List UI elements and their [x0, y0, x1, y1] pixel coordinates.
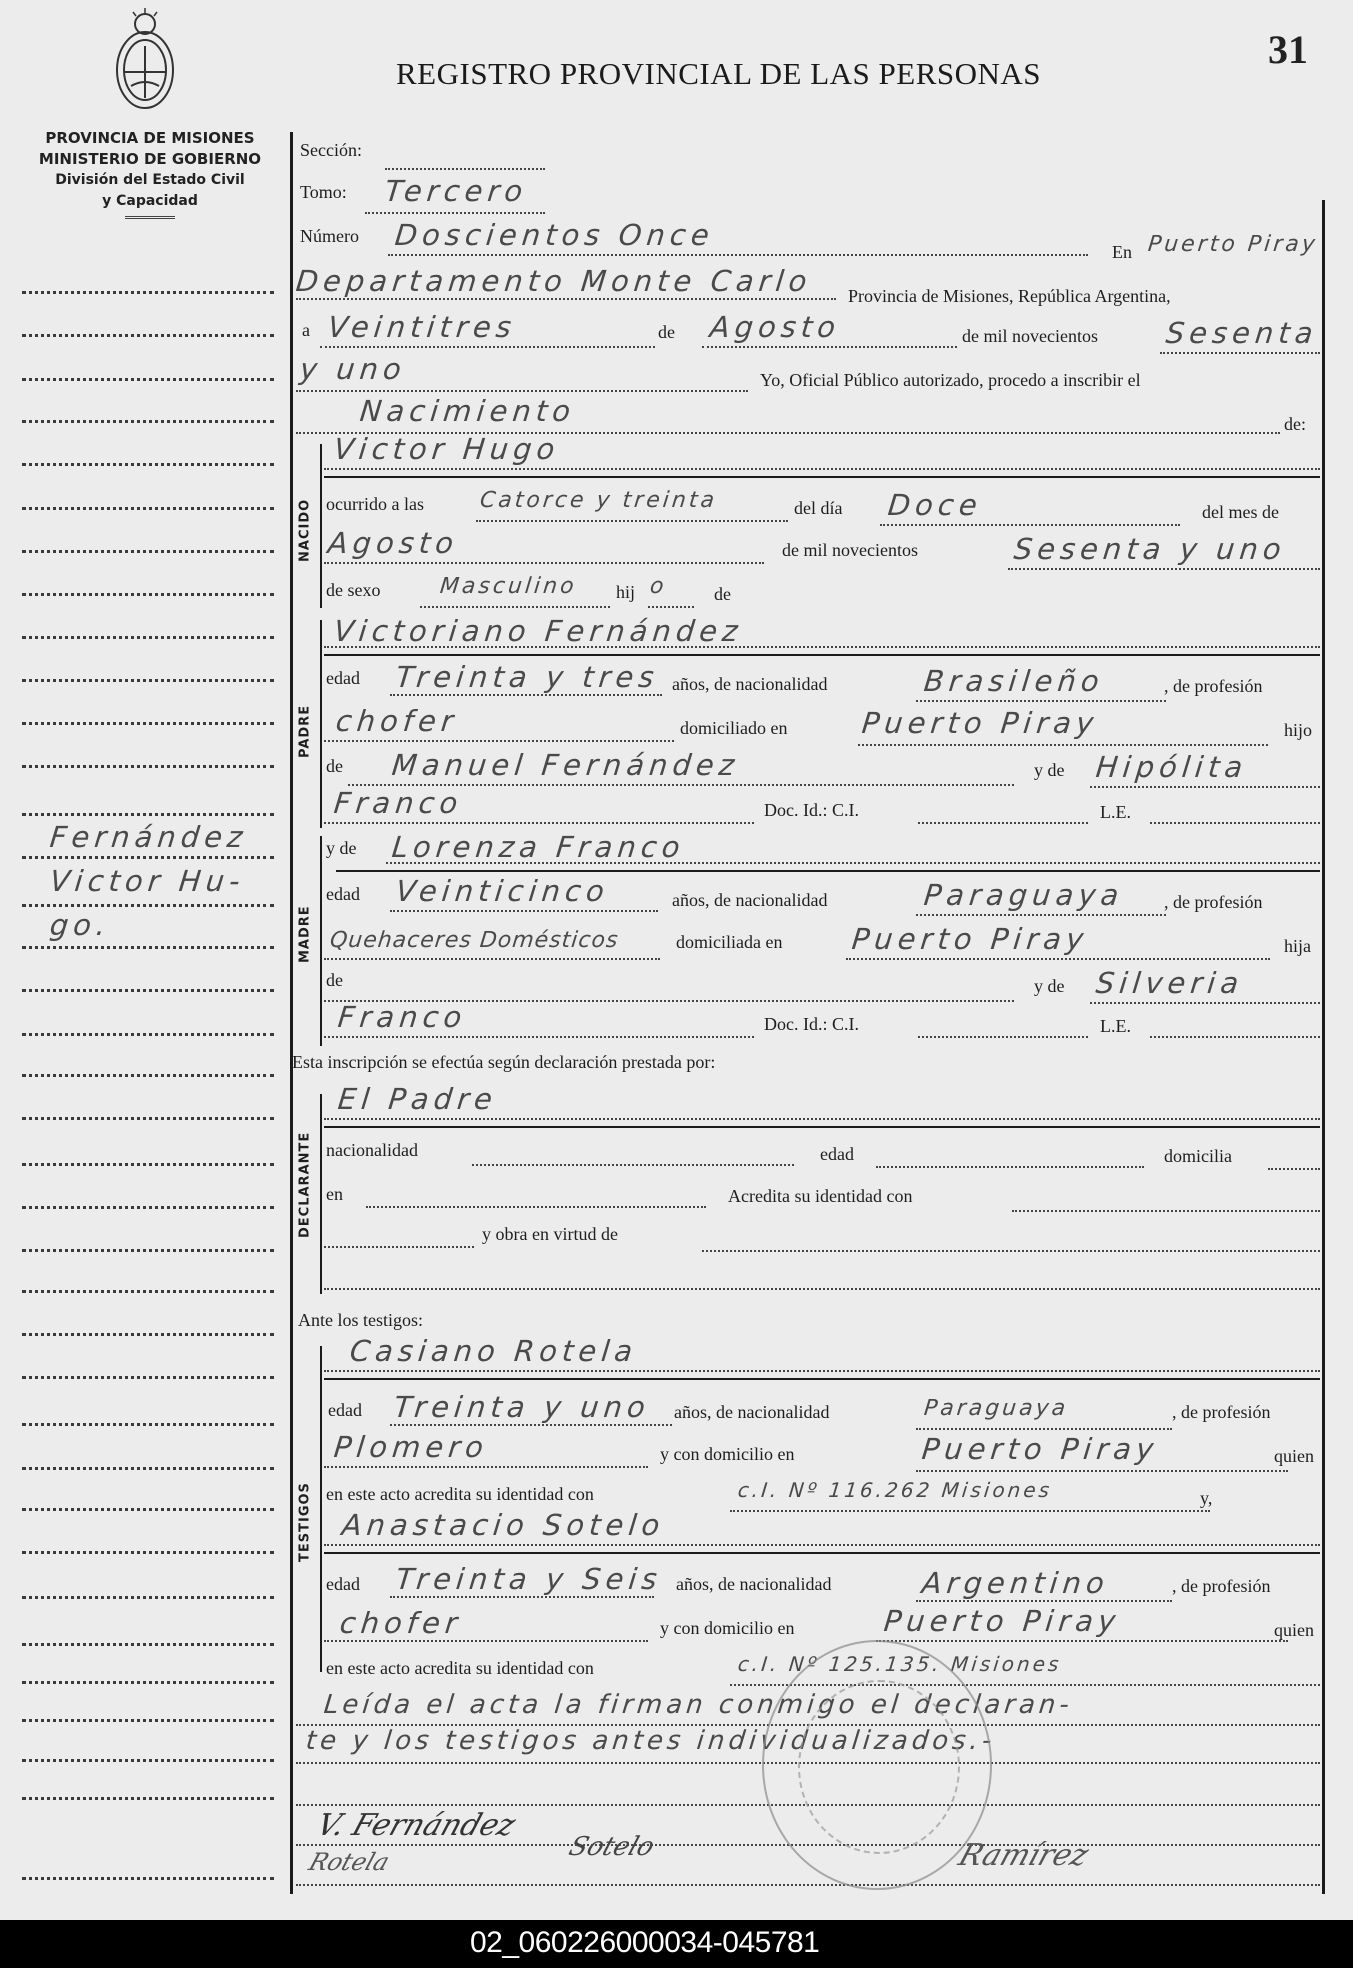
padre-edad-field[interactable]: [390, 694, 662, 696]
folio-number: 31: [1268, 26, 1308, 73]
abuela-paterna-value-2[interactable]: Franco: [332, 786, 464, 820]
testigo-1-domicilio-value[interactable]: Puerto Piray: [920, 1432, 1160, 1466]
padre-profesion-label: , de profesión: [1164, 676, 1262, 697]
numero-value[interactable]: Doscientos Once: [393, 218, 715, 252]
padre-hijo-label: hijo: [1284, 720, 1312, 741]
mes-nacimiento-field[interactable]: [324, 562, 764, 564]
madre-profesion-label: , de profesión: [1164, 892, 1262, 913]
nacido-mil-novecientos-label: de mil novecientos: [782, 540, 918, 561]
numero-field[interactable]: [388, 254, 1088, 256]
departamento-field[interactable]: [296, 298, 836, 300]
testigo-1-nacionalidad-label: años, de nacionalidad: [674, 1402, 829, 1423]
madre-nombre-value[interactable]: Lorenza Franco: [390, 830, 686, 864]
padre-nombre-field[interactable]: [324, 646, 1320, 648]
fecha-a-label: a: [302, 320, 310, 341]
hij-field[interactable]: [648, 606, 694, 608]
madre-y-de-label: y de: [326, 838, 357, 859]
padre-nombre-value[interactable]: Victoriano Fernández: [332, 614, 744, 648]
sexo-value[interactable]: Masculino: [439, 574, 578, 599]
inscripcion-dia-field[interactable]: [320, 346, 655, 348]
madre-nacionalidad-value[interactable]: Paraguaya: [922, 878, 1125, 912]
padre-doc-label: Doc. Id.: C.I.: [764, 800, 859, 821]
padre-bracket: [320, 620, 322, 828]
abuela-materna-field-1[interactable]: [1090, 1002, 1320, 1004]
page-title: REGISTRO PROVINCIAL DE LAS PERSONAS: [396, 56, 1041, 92]
abuela-materna-value-1[interactable]: Silveria: [1094, 966, 1245, 1000]
madre-edad-label: edad: [326, 884, 360, 905]
testigo-2-nombre-field[interactable]: [324, 1544, 1320, 1546]
dia-nacimiento-value[interactable]: Doce: [886, 488, 983, 522]
provincia-text: Provincia de Misiones, República Argenti…: [848, 286, 1171, 307]
madre-profesion-field[interactable]: [324, 958, 660, 960]
nacido-bracket: [320, 444, 322, 608]
padre-edad-value[interactable]: Treinta y tres: [394, 660, 660, 694]
madre-hija-label: hija: [1284, 936, 1311, 957]
localidad-value[interactable]: Puerto Piray: [1147, 232, 1319, 257]
hij-suffix-value[interactable]: o: [649, 574, 668, 599]
madre-profesion-value[interactable]: Quehaceres Domésticos: [329, 928, 620, 953]
margin-note-continuation: go.: [48, 908, 112, 942]
testigo-2-edad-label: edad: [326, 1574, 360, 1595]
dia-nacimiento-field[interactable]: [880, 524, 1180, 526]
declarante-domicilia-field[interactable]: [1268, 1168, 1320, 1170]
declarante-top-rule: [324, 1126, 1320, 1128]
declarante-en-label: en: [326, 1184, 343, 1205]
padre-nacionalidad-value[interactable]: Brasileño: [922, 664, 1105, 698]
declarante-extra-field[interactable]: [324, 1288, 1320, 1290]
testigo-2-profesion-field[interactable]: [324, 1640, 648, 1642]
madre-de-label: de: [326, 970, 343, 991]
declarante-nacionalidad-field[interactable]: [472, 1164, 794, 1166]
anio-nacimiento-field[interactable]: [1008, 568, 1320, 570]
inscripcion-anio-field-2[interactable]: [296, 390, 748, 392]
org-line-ministry: MINISTERIO DE GOBIERNO: [20, 149, 280, 170]
testigo-2-edad-value[interactable]: Treinta y Seis: [394, 1562, 663, 1596]
signature-oficial: Ramírez: [954, 1838, 1092, 1873]
testigo-2-nacionalidad-value[interactable]: Argentino: [920, 1566, 1111, 1600]
madre-domicilio-value[interactable]: Puerto Piray: [850, 922, 1090, 956]
testigos-bracket: [320, 1346, 322, 1672]
del-mes-label: del mes de: [1202, 502, 1279, 523]
testigo-2-nombre-value[interactable]: Anastacio Sotelo: [340, 1508, 666, 1542]
madre-doc-label: Doc. Id.: C.I.: [764, 1014, 859, 1035]
inscripcion-dia-value[interactable]: Veintitres: [326, 310, 518, 344]
testigo-2-domicilio-field[interactable]: [876, 1640, 1288, 1642]
declarante-edad-label: edad: [820, 1144, 854, 1165]
testigo-2-nacionalidad-field[interactable]: [916, 1600, 1172, 1602]
testigo-1-acredita-label: en este acto acredita su identidad con: [326, 1484, 594, 1505]
tomo-label: Tomo:: [300, 182, 347, 203]
testigo-1-nacionalidad-field[interactable]: [916, 1428, 1172, 1430]
madre-ci-field[interactable]: [918, 1036, 1088, 1038]
tomo-field[interactable]: [365, 212, 545, 214]
testigo-1-profesion-label: , de profesión: [1172, 1402, 1270, 1423]
declaracion-intro-text: Esta inscripción se efectúa según declar…: [292, 1052, 715, 1073]
abuela-paterna-field-2[interactable]: [324, 822, 754, 824]
padre-top-rule: [324, 654, 1320, 656]
testigo-2-profesion-label: , de profesión: [1172, 1576, 1270, 1597]
section-label-nacido: NACIDO: [290, 478, 320, 582]
coat-of-arms-icon: [105, 8, 185, 118]
declarante-nacionalidad-label: nacionalidad: [326, 1140, 418, 1161]
oficial-publico-text: Yo, Oficial Público autorizado, procedo …: [760, 370, 1141, 391]
main-frame-left-border: [290, 132, 293, 1894]
departamento-value[interactable]: Departamento Monte Carlo: [294, 264, 813, 298]
mes-nacimiento-value[interactable]: Agosto: [326, 526, 460, 560]
section-label-testigos: TESTIGOS: [290, 1476, 320, 1568]
testigo-1-nombre-value[interactable]: Casiano Rotela: [348, 1334, 639, 1368]
padre-nacionalidad-field[interactable]: [916, 700, 1166, 702]
declarante-acredita-label: Acredita su identidad con: [728, 1186, 912, 1207]
org-line-capacity: y Capacidad: [20, 191, 280, 212]
padre-domicilio-value[interactable]: Puerto Piray: [860, 706, 1100, 740]
testigo-1-profesion-field[interactable]: [324, 1466, 648, 1468]
padre-le-label: L.E.: [1100, 802, 1131, 823]
section-label-padre: PADRE: [290, 696, 320, 766]
madre-nacionalidad-label: años, de nacionalidad: [672, 890, 827, 911]
testigo-1-rule: [324, 1378, 1320, 1380]
declarante-edad-field[interactable]: [876, 1166, 1144, 1168]
testigo-1-profesion-value[interactable]: Plomero: [332, 1430, 490, 1464]
madre-edad-field[interactable]: [390, 910, 658, 912]
numero-label: Número: [300, 226, 359, 247]
padre-profesion-value[interactable]: chofer: [334, 704, 460, 738]
testigo-1-nombre-field[interactable]: [324, 1370, 1320, 1372]
inscripcion-anio-field-1[interactable]: [1160, 352, 1320, 354]
testigo-1-trailing: y,: [1200, 1488, 1212, 1509]
inscripcion-anio-value-1[interactable]: Sesenta: [1164, 316, 1319, 350]
madre-bracket: [320, 836, 322, 1046]
testigos-intro-text: Ante los testigos:: [298, 1310, 423, 1331]
testigo-1-identidad-field[interactable]: [730, 1510, 1210, 1512]
nacido-nombre-value[interactable]: Victor Hugo: [332, 432, 561, 466]
testigo-1-edad-value[interactable]: Treinta y uno: [392, 1390, 651, 1424]
padre-edad-label: edad: [326, 668, 360, 689]
abuela-paterna-field-1[interactable]: [1090, 786, 1320, 788]
declarante-domicilio-field[interactable]: [366, 1206, 706, 1208]
testigo-2-quien-label: quien: [1274, 1620, 1314, 1641]
inscripcion-anio-value-2[interactable]: y uno: [298, 352, 407, 386]
testigo-1-quien-label: quien: [1274, 1446, 1314, 1467]
hora-nacimiento-value[interactable]: Catorce y treinta: [479, 488, 719, 513]
margin-note-given-name: Victor Hu-: [48, 864, 246, 898]
signature-testigo-2: Sotelo: [565, 1832, 658, 1862]
madre-nacionalidad-field[interactable]: [916, 914, 1166, 916]
padre-le-field[interactable]: [1150, 822, 1320, 824]
fecha-de-label: de: [658, 322, 675, 343]
section-label-madre: MADRE: [290, 896, 320, 972]
declarante-identidad-field[interactable]: [1012, 1210, 1320, 1212]
margin-note-surname: Fernández: [48, 820, 249, 854]
abuela-materna-value-2[interactable]: Franco: [336, 1000, 468, 1034]
madre-le-label: L.E.: [1100, 1016, 1131, 1037]
testigo-2-rule: [324, 1552, 1320, 1554]
mil-novecientos-label: de mil novecientos: [962, 326, 1098, 347]
testigo-1-identidad-value[interactable]: c.I. Nº 116.262 Misiones: [737, 1478, 1054, 1502]
org-line-province: PROVINCIA DE MISIONES: [20, 128, 280, 149]
testigo-2-domicilio-value[interactable]: Puerto Piray: [882, 1604, 1122, 1638]
anio-nacimiento-value[interactable]: Sesenta y uno: [1012, 532, 1287, 566]
signature-line-3: [296, 1884, 1320, 1886]
acto-de-label: de:: [1284, 414, 1306, 435]
declarante-obra-label: y obra en virtud de: [482, 1224, 618, 1245]
image-id-label: 02_060226000034-045781: [470, 1926, 819, 1960]
padre-de-label: de: [326, 756, 343, 777]
testigo-1-edad-field[interactable]: [390, 1424, 672, 1426]
testigo-2-acredita-label: en este acto acredita su identidad con: [326, 1658, 594, 1679]
acto-value[interactable]: Nacimiento: [358, 394, 577, 428]
madre-nombre-field[interactable]: [386, 862, 1320, 864]
testigo-1-domicilio-field[interactable]: [916, 1470, 1288, 1472]
nacido-top-rule: [324, 476, 1320, 478]
testigo-1-nacionalidad-value[interactable]: Paraguaya: [923, 1396, 1070, 1421]
abuela-materna-field-2[interactable]: [324, 1036, 754, 1038]
signature-testigo-1: Rotela: [305, 1848, 392, 1876]
ocurrido-label: ocurrido a las: [326, 494, 424, 515]
hij-de-label: de: [714, 584, 731, 605]
inscripcion-mes-value[interactable]: Agosto: [708, 310, 842, 344]
inscripcion-mes-field[interactable]: [702, 346, 957, 348]
testigo-1-edad-label: edad: [328, 1400, 362, 1421]
sexo-field[interactable]: [420, 606, 610, 608]
padre-nacionalidad-label: años, de nacionalidad: [672, 674, 827, 695]
madre-le-field[interactable]: [1150, 1036, 1320, 1038]
padre-y-de-label: y de: [1034, 760, 1065, 781]
padre-domicilio-field[interactable]: [858, 744, 1268, 746]
madre-domicilio-field[interactable]: [846, 958, 1270, 960]
testigo-2-nacionalidad-label: años, de nacionalidad: [676, 1574, 831, 1595]
testigo-1-domicilio-label: y con domicilio en: [660, 1444, 794, 1465]
main-frame-right-border: [1322, 200, 1325, 1894]
hij-label: hij: [616, 582, 635, 603]
padre-ci-field[interactable]: [918, 822, 1088, 824]
issuing-authority: PROVINCIA DE MISIONES MINISTERIO DE GOBI…: [20, 128, 280, 219]
del-dia-label: del día: [794, 498, 842, 519]
en-label: En: [1112, 242, 1132, 263]
image-id-footer: 02_060226000034-045781: [0, 1920, 1353, 1968]
org-divider: [125, 216, 175, 219]
declarante-identidad-field-cont[interactable]: [324, 1246, 474, 1248]
declarante-bracket: [320, 1094, 322, 1294]
hora-nacimiento-field[interactable]: [476, 520, 788, 522]
declarante-domicilia-label: domicilia: [1164, 1146, 1232, 1167]
padre-profesion-field[interactable]: [324, 740, 674, 742]
declarante-nombre-field[interactable]: [324, 1118, 1320, 1120]
tomo-value[interactable]: Tercero: [383, 174, 529, 208]
testigo-2-edad-field[interactable]: [390, 1596, 654, 1598]
declarante-nombre-value[interactable]: El Padre: [336, 1082, 499, 1116]
declarante-obra-field[interactable]: [702, 1250, 1320, 1252]
testigo-2-domicilio-label: y con domicilio en: [660, 1618, 794, 1639]
seccion-label: Sección:: [300, 140, 362, 161]
abuelo-paterno-value[interactable]: Manuel Fernández: [390, 748, 741, 782]
madre-top-rule: [336, 870, 1320, 872]
abuela-paterna-value-1[interactable]: Hipólita: [1094, 750, 1249, 784]
madre-domiciliada-label: domiciliada en: [676, 932, 782, 953]
padre-domiciliado-label: domiciliado en: [680, 718, 787, 739]
seccion-field[interactable]: [385, 168, 545, 170]
org-line-division: División del Estado Civil: [20, 170, 280, 191]
signature-declarante: V. Fernández: [312, 1808, 519, 1843]
madre-y-de-label-2: y de: [1034, 976, 1065, 997]
birth-registration-page: PROVINCIA DE MISIONES MINISTERIO DE GOBI…: [0, 0, 1353, 1920]
official-seal-stamp: [762, 1640, 992, 1890]
testigo-2-profesion-value[interactable]: chofer: [338, 1606, 464, 1640]
sexo-label: de sexo: [326, 580, 380, 601]
nacido-nombre-field[interactable]: [324, 468, 1320, 470]
section-label-declarante: DECLARANTE: [290, 1130, 320, 1240]
madre-edad-value[interactable]: Veinticinco: [394, 874, 610, 908]
